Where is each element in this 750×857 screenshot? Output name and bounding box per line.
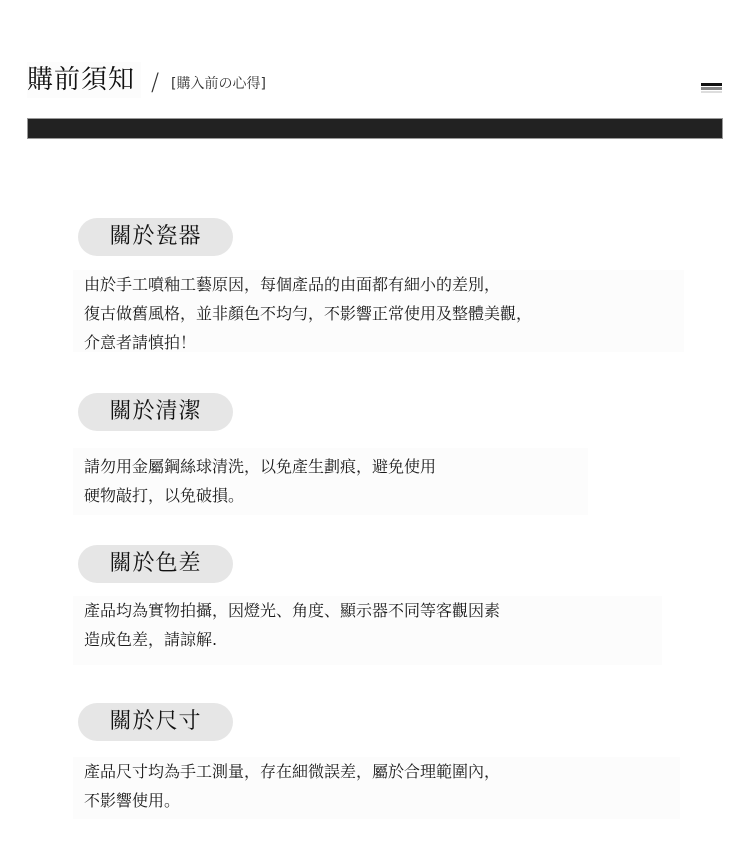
body-line: 介意者請慎拍！ [84, 328, 684, 357]
section-body-size: 產品尺寸均為手工測量，存在細微誤差，屬於合理範圍內， 不影響使用。 [73, 757, 680, 819]
menu-icon-bar [701, 91, 722, 93]
title-separator: / [151, 66, 159, 98]
section-heading-cleaning: 關於清潔 [78, 393, 233, 431]
section-body-cleaning: 請勿用金屬鋼絲球清洗，以免產生劃痕，避免使用 硬物敲打，以免破損。 [73, 448, 588, 515]
menu-icon-bar [701, 87, 722, 90]
page-title: 購前須知 [27, 62, 141, 98]
section-heading-porcelain: 關於瓷器 [78, 218, 233, 256]
header-divider-bar [27, 118, 723, 139]
body-line: 復古做舊風格，並非顏色不均勻，不影響正常使用及整體美觀， [84, 299, 684, 328]
body-line: 請勿用金屬鋼絲球清洗，以免產生劃痕，避免使用 [84, 452, 588, 481]
menu-icon[interactable] [701, 83, 722, 95]
page-subtitle: [購入前の心得] [171, 74, 266, 94]
section-heading-color-difference: 關於色差 [78, 545, 233, 583]
body-line: 產品尺寸均為手工測量，存在細微誤差，屬於合理範圍內， [84, 757, 680, 786]
page-header: 購前須知 / [購入前の心得] [27, 62, 723, 102]
section-body-color-difference: 產品均為實物拍攝，因燈光、角度、顯示器不同等客觀因素 造成色差，請諒解. [73, 596, 662, 665]
body-line: 由於手工噴釉工藝原因，每個產品的由面都有細小的差別， [84, 270, 684, 299]
section-heading-size: 關於尺寸 [78, 703, 233, 741]
body-line: 硬物敲打，以免破損。 [84, 481, 588, 510]
body-line: 不影響使用。 [84, 786, 680, 815]
menu-icon-bar [701, 83, 722, 86]
body-line: 造成色差，請諒解. [84, 625, 662, 654]
section-body-porcelain: 由於手工噴釉工藝原因，每個產品的由面都有細小的差別， 復古做舊風格，並非顏色不均… [73, 270, 684, 352]
body-line: 產品均為實物拍攝，因燈光、角度、顯示器不同等客觀因素 [84, 596, 662, 625]
